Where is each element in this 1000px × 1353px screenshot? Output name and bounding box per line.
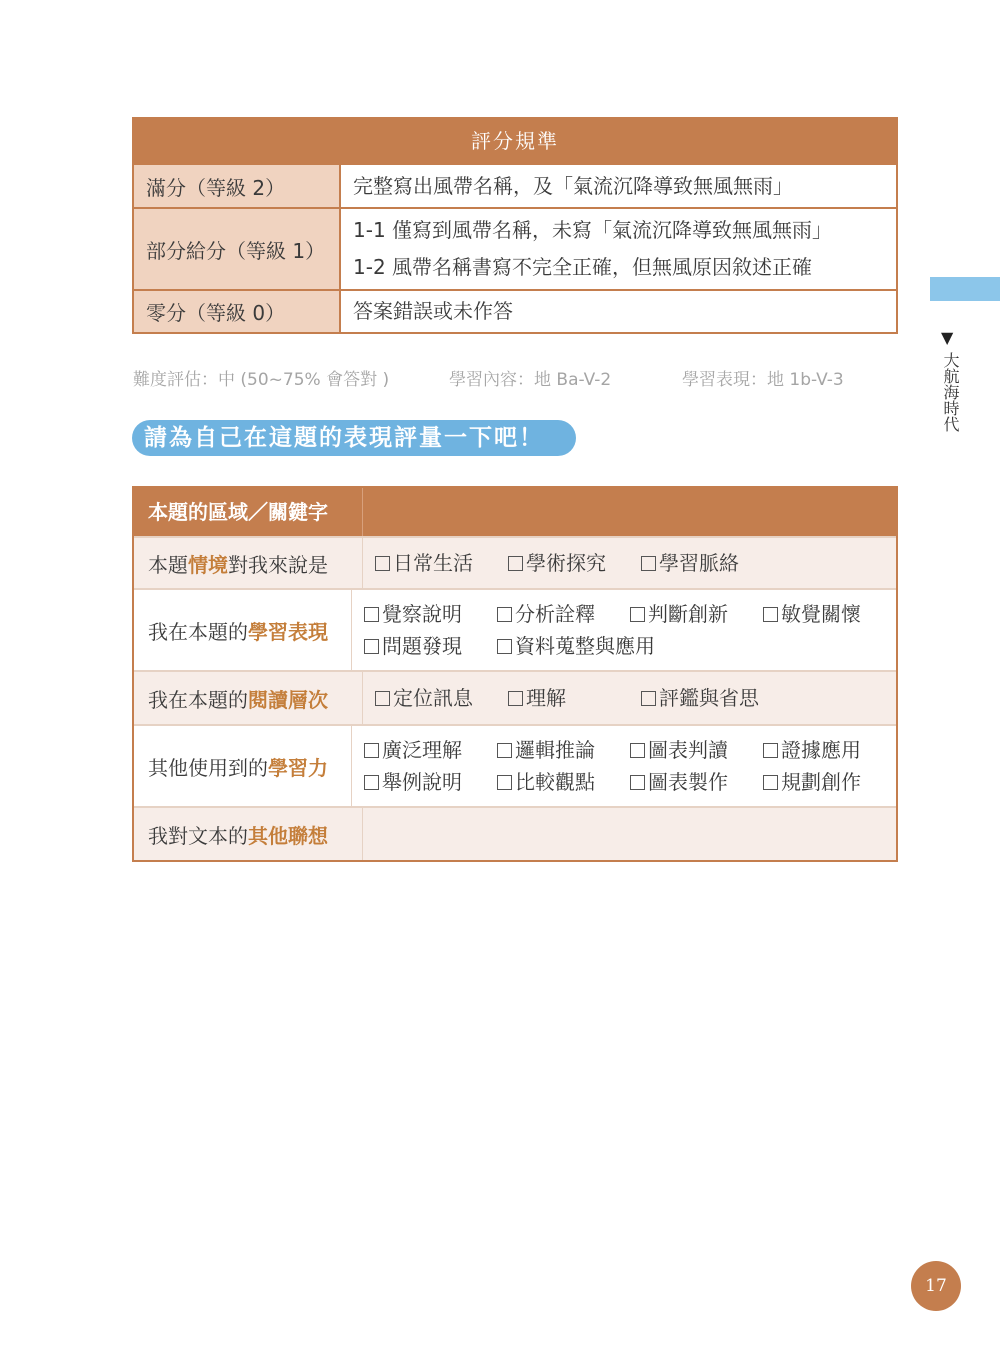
checkbox-icon[interactable] (497, 775, 512, 790)
checkbox-icon[interactable] (763, 775, 778, 790)
chapter-tab-marker (930, 277, 1000, 301)
rubric-title: 評分規準 (134, 119, 896, 163)
checkbox-option[interactable]: 覺察說明 (364, 598, 497, 630)
eval-header-row: 本題的區域／關鍵字 (134, 488, 896, 536)
label-highlight: 其他聯想 (248, 820, 328, 849)
checkbox-icon[interactable] (641, 691, 656, 706)
label-highlight: 情境 (188, 549, 228, 578)
difficulty-text: 難度評估：中 (50~75% 會答對 ) (133, 365, 389, 390)
chapter-title: 大航海時代 (940, 352, 960, 432)
checkbox-option[interactable]: 圖表製作 (630, 766, 763, 798)
eval-row-reading-level: 我在本題的閱讀層次 定位訊息 理解 評鑑與省思 (134, 670, 896, 724)
option-label: 舉例說明 (382, 766, 462, 798)
eval-row-label: 其他使用到的學習力 (134, 726, 352, 806)
rubric-description: 答案錯誤或未作答 (341, 291, 896, 332)
option-label: 規劃創作 (781, 766, 861, 798)
checkbox-option[interactable]: 舉例說明 (364, 766, 497, 798)
options-group: 覺察說明 分析詮釋 判斷創新 敏覺關懷 問題發現 資料蒐整與應用 (352, 590, 896, 670)
option-label: 理解 (526, 682, 566, 714)
checkbox-option[interactable]: 判斷創新 (630, 598, 763, 630)
rubric-description: 1-1 僅寫到風帶名稱，未寫「氣流沉降導致無風無雨」 1-2 風帶名稱書寫不完全… (341, 209, 896, 289)
rubric-label: 零分（等級 0） (134, 291, 341, 332)
rubric-label: 滿分（等級 2） (134, 165, 341, 207)
checkbox-option[interactable]: 問題發現 (364, 630, 497, 662)
rubric-line: 1-2 風帶名稱書寫不完全正確，但無風原因敘述正確 (353, 249, 884, 286)
rubric-line: 完整寫出風帶名稱，及「氣流沉降導致無風無雨」 (353, 168, 884, 205)
checkbox-option[interactable]: 圖表判讀 (630, 734, 763, 766)
eval-header-label: 本題的區域／關鍵字 (134, 488, 363, 536)
checkbox-icon[interactable] (375, 691, 390, 706)
label-prefix: 我對文本的 (148, 820, 248, 849)
eval-row-label: 我對文本的其他聯想 (134, 808, 363, 860)
checkbox-icon[interactable] (763, 743, 778, 758)
checkbox-icon[interactable] (364, 639, 379, 654)
checkbox-option[interactable]: 學習脈絡 (641, 547, 774, 579)
checkbox-option[interactable]: 定位訊息 (375, 682, 508, 714)
rubric-row-zero-score: 零分（等級 0） 答案錯誤或未作答 (134, 289, 896, 332)
option-label: 證據應用 (781, 734, 861, 766)
options-group: 日常生活 學術探究 學習脈絡 (363, 538, 896, 588)
option-label: 資料蒐整與應用 (515, 630, 655, 662)
option-label: 敏覺關懷 (781, 598, 861, 630)
checkbox-icon[interactable] (375, 556, 390, 571)
rubric-row-full-score: 滿分（等級 2） 完整寫出風帶名稱，及「氣流沉降導致無風無雨」 (134, 163, 896, 207)
option-label: 廣泛理解 (382, 734, 462, 766)
checkbox-icon[interactable] (497, 607, 512, 622)
checkbox-icon[interactable] (364, 743, 379, 758)
checkbox-icon[interactable] (630, 607, 645, 622)
eval-row-learning-skills: 其他使用到的學習力 廣泛理解 邏輯推論 圖表判讀 證據應用 舉例說明 比較觀點 … (134, 724, 896, 806)
checkbox-icon[interactable] (508, 691, 523, 706)
rubric-line: 1-1 僅寫到風帶名稱，未寫「氣流沉降導致無風無雨」 (353, 212, 884, 249)
learning-performance-text: 學習表現：地 1b-V-3 (682, 365, 844, 390)
eval-row-context: 本題情境對我來說是 日常生活 學術探究 學習脈絡 (134, 536, 896, 588)
option-label: 覺察說明 (382, 598, 462, 630)
checkbox-icon[interactable] (497, 743, 512, 758)
checkbox-option[interactable]: 資料蒐整與應用 (497, 630, 655, 662)
checkbox-option[interactable]: 邏輯推論 (497, 734, 630, 766)
option-label: 判斷創新 (648, 598, 728, 630)
scoring-rubric-table: 評分規準 滿分（等級 2） 完整寫出風帶名稱，及「氣流沉降導致無風無雨」 部分給… (132, 117, 898, 334)
rubric-row-partial-score: 部分給分（等級 1） 1-1 僅寫到風帶名稱，未寫「氣流沉降導致無風無雨」 1-… (134, 207, 896, 289)
self-evaluation-banner: 請為自己在這題的表現評量一下吧！ (132, 420, 576, 456)
checkbox-option[interactable]: 敏覺關懷 (763, 598, 896, 630)
checkbox-option[interactable]: 理解 (508, 682, 641, 714)
checkbox-icon[interactable] (641, 556, 656, 571)
page-number: 17 (911, 1261, 961, 1311)
checkbox-option[interactable]: 證據應用 (763, 734, 896, 766)
label-highlight: 學習表現 (248, 616, 328, 645)
checkbox-icon[interactable] (763, 607, 778, 622)
label-highlight: 閱讀層次 (248, 684, 328, 713)
label-suffix: 對我來說是 (228, 549, 328, 578)
eval-row-learning-performance: 我在本題的學習表現 覺察說明 分析詮釋 判斷創新 敏覺關懷 問題發現 資料蒐整與… (134, 588, 896, 670)
label-prefix: 我在本題的 (148, 684, 248, 713)
keyword-field[interactable] (363, 488, 896, 536)
label-prefix: 其他使用到的 (148, 752, 268, 781)
checkbox-option[interactable]: 評鑑與省思 (641, 682, 774, 714)
option-label: 學習脈絡 (659, 547, 739, 579)
rubric-description: 完整寫出風帶名稱，及「氣流沉降導致無風無雨」 (341, 165, 896, 207)
rubric-label: 部分給分（等級 1） (134, 209, 341, 289)
option-label: 評鑑與省思 (659, 682, 759, 714)
options-group: 定位訊息 理解 評鑑與省思 (363, 672, 896, 724)
options-group: 廣泛理解 邏輯推論 圖表判讀 證據應用 舉例說明 比較觀點 圖表製作 規劃創作 (352, 726, 896, 806)
checkbox-icon[interactable] (508, 556, 523, 571)
eval-row-label: 我在本題的學習表現 (134, 590, 352, 670)
option-label: 定位訊息 (393, 682, 473, 714)
option-label: 比較觀點 (515, 766, 595, 798)
checkbox-icon[interactable] (630, 775, 645, 790)
label-prefix: 我在本題的 (148, 616, 248, 645)
checkbox-option[interactable]: 廣泛理解 (364, 734, 497, 766)
option-label: 學術探究 (526, 547, 606, 579)
learning-content-text: 學習內容：地 Ba-V-2 (449, 365, 611, 390)
checkbox-icon[interactable] (630, 743, 645, 758)
checkbox-icon[interactable] (364, 775, 379, 790)
option-label: 分析詮釋 (515, 598, 595, 630)
label-prefix: 本題 (148, 549, 188, 578)
associations-field[interactable] (363, 808, 896, 860)
option-label: 問題發現 (382, 630, 462, 662)
eval-row-label: 我在本題的閱讀層次 (134, 672, 363, 724)
checkbox-icon[interactable] (497, 639, 512, 654)
checkbox-option[interactable]: 比較觀點 (497, 766, 630, 798)
checkbox-option[interactable]: 規劃創作 (763, 766, 896, 798)
rubric-line: 答案錯誤或未作答 (353, 293, 884, 330)
option-label: 邏輯推論 (515, 734, 595, 766)
eval-row-other-associations: 我對文本的其他聯想 (134, 806, 896, 860)
option-label: 圖表判讀 (648, 734, 728, 766)
self-evaluation-table: 本題的區域／關鍵字 本題情境對我來說是 日常生活 學術探究 學習脈絡 我在本題的… (132, 486, 898, 862)
down-triangle-icon: ▼ (941, 328, 953, 347)
checkbox-option[interactable]: 學術探究 (508, 547, 641, 579)
checkbox-option[interactable]: 日常生活 (375, 547, 508, 579)
checkbox-option[interactable]: 分析詮釋 (497, 598, 630, 630)
option-label: 日常生活 (393, 547, 473, 579)
checkbox-icon[interactable] (364, 607, 379, 622)
label-highlight: 學習力 (268, 752, 328, 781)
option-label: 圖表製作 (648, 766, 728, 798)
eval-row-label: 本題情境對我來說是 (134, 538, 363, 588)
